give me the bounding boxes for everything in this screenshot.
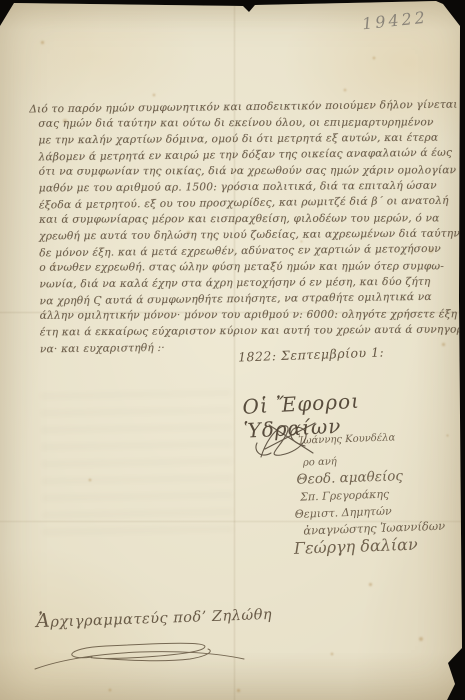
stain [236,688,241,693]
archive-number: 19422 [361,8,429,34]
signatory-name: Γεώργη δαλίαν [294,534,464,557]
signatories: Ἰωάννης Κουνδέλα ρο ανή Θεοδ. αμαθείος Σ… [290,427,464,557]
secretary-flourish [30,633,250,679]
ink-bleed-through [41,390,234,543]
secretary-line: Ἀρχιγραμματεύς ποδ’ Ζηλώθη [36,602,273,632]
stain [40,40,45,45]
stain [152,93,156,97]
stain [330,652,334,656]
stain [343,88,347,92]
stain [418,636,424,642]
stain [368,582,373,587]
stain [372,56,376,60]
stain [108,688,112,692]
letter-body: Διό το παρόν ημών συμφωνητικόν και αποδε… [29,98,455,357]
photo-background: 19422 Διό το παρόν ημών συμφωνητικόν και… [0,0,465,700]
document-paper: 19422 Διό το παρόν ημών συμφωνητικόν και… [0,0,465,700]
